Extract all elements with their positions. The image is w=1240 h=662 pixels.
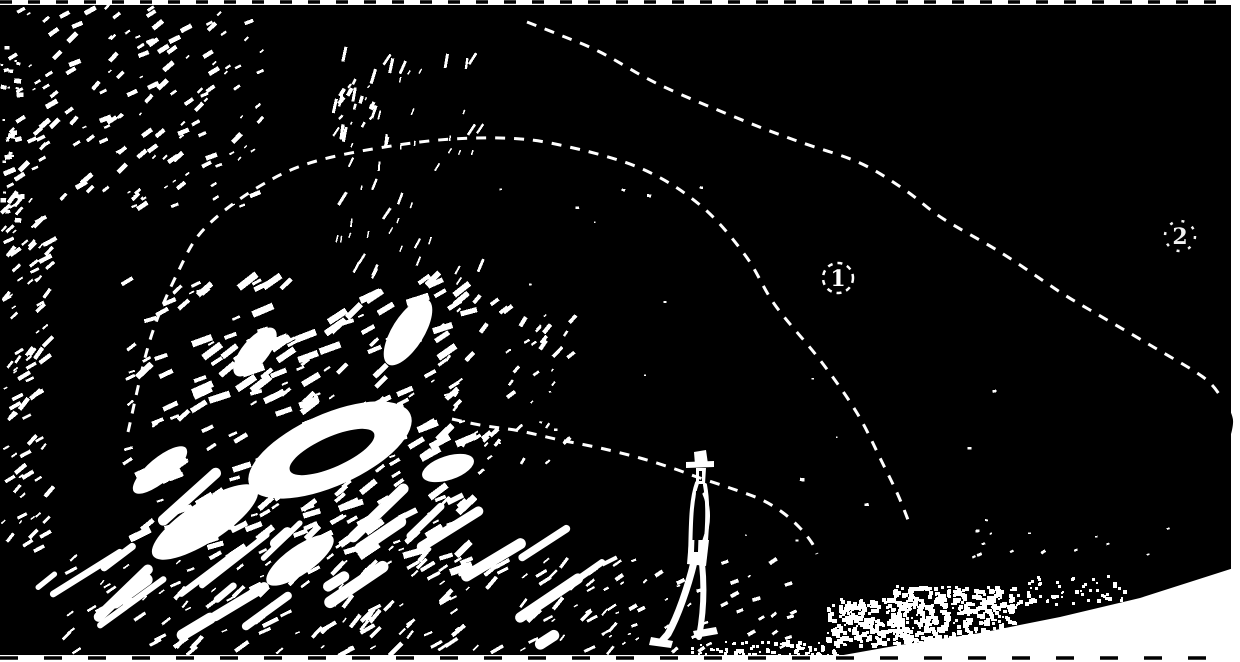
zone2-number: 2 bbox=[1172, 224, 1187, 250]
zone1-number: 1 bbox=[830, 266, 845, 292]
annotated-rock-face-photo: 1 2 bbox=[0, 0, 1240, 662]
right-border-strip bbox=[1231, 0, 1240, 662]
photo-canvas: 1 2 bbox=[0, 0, 1240, 662]
